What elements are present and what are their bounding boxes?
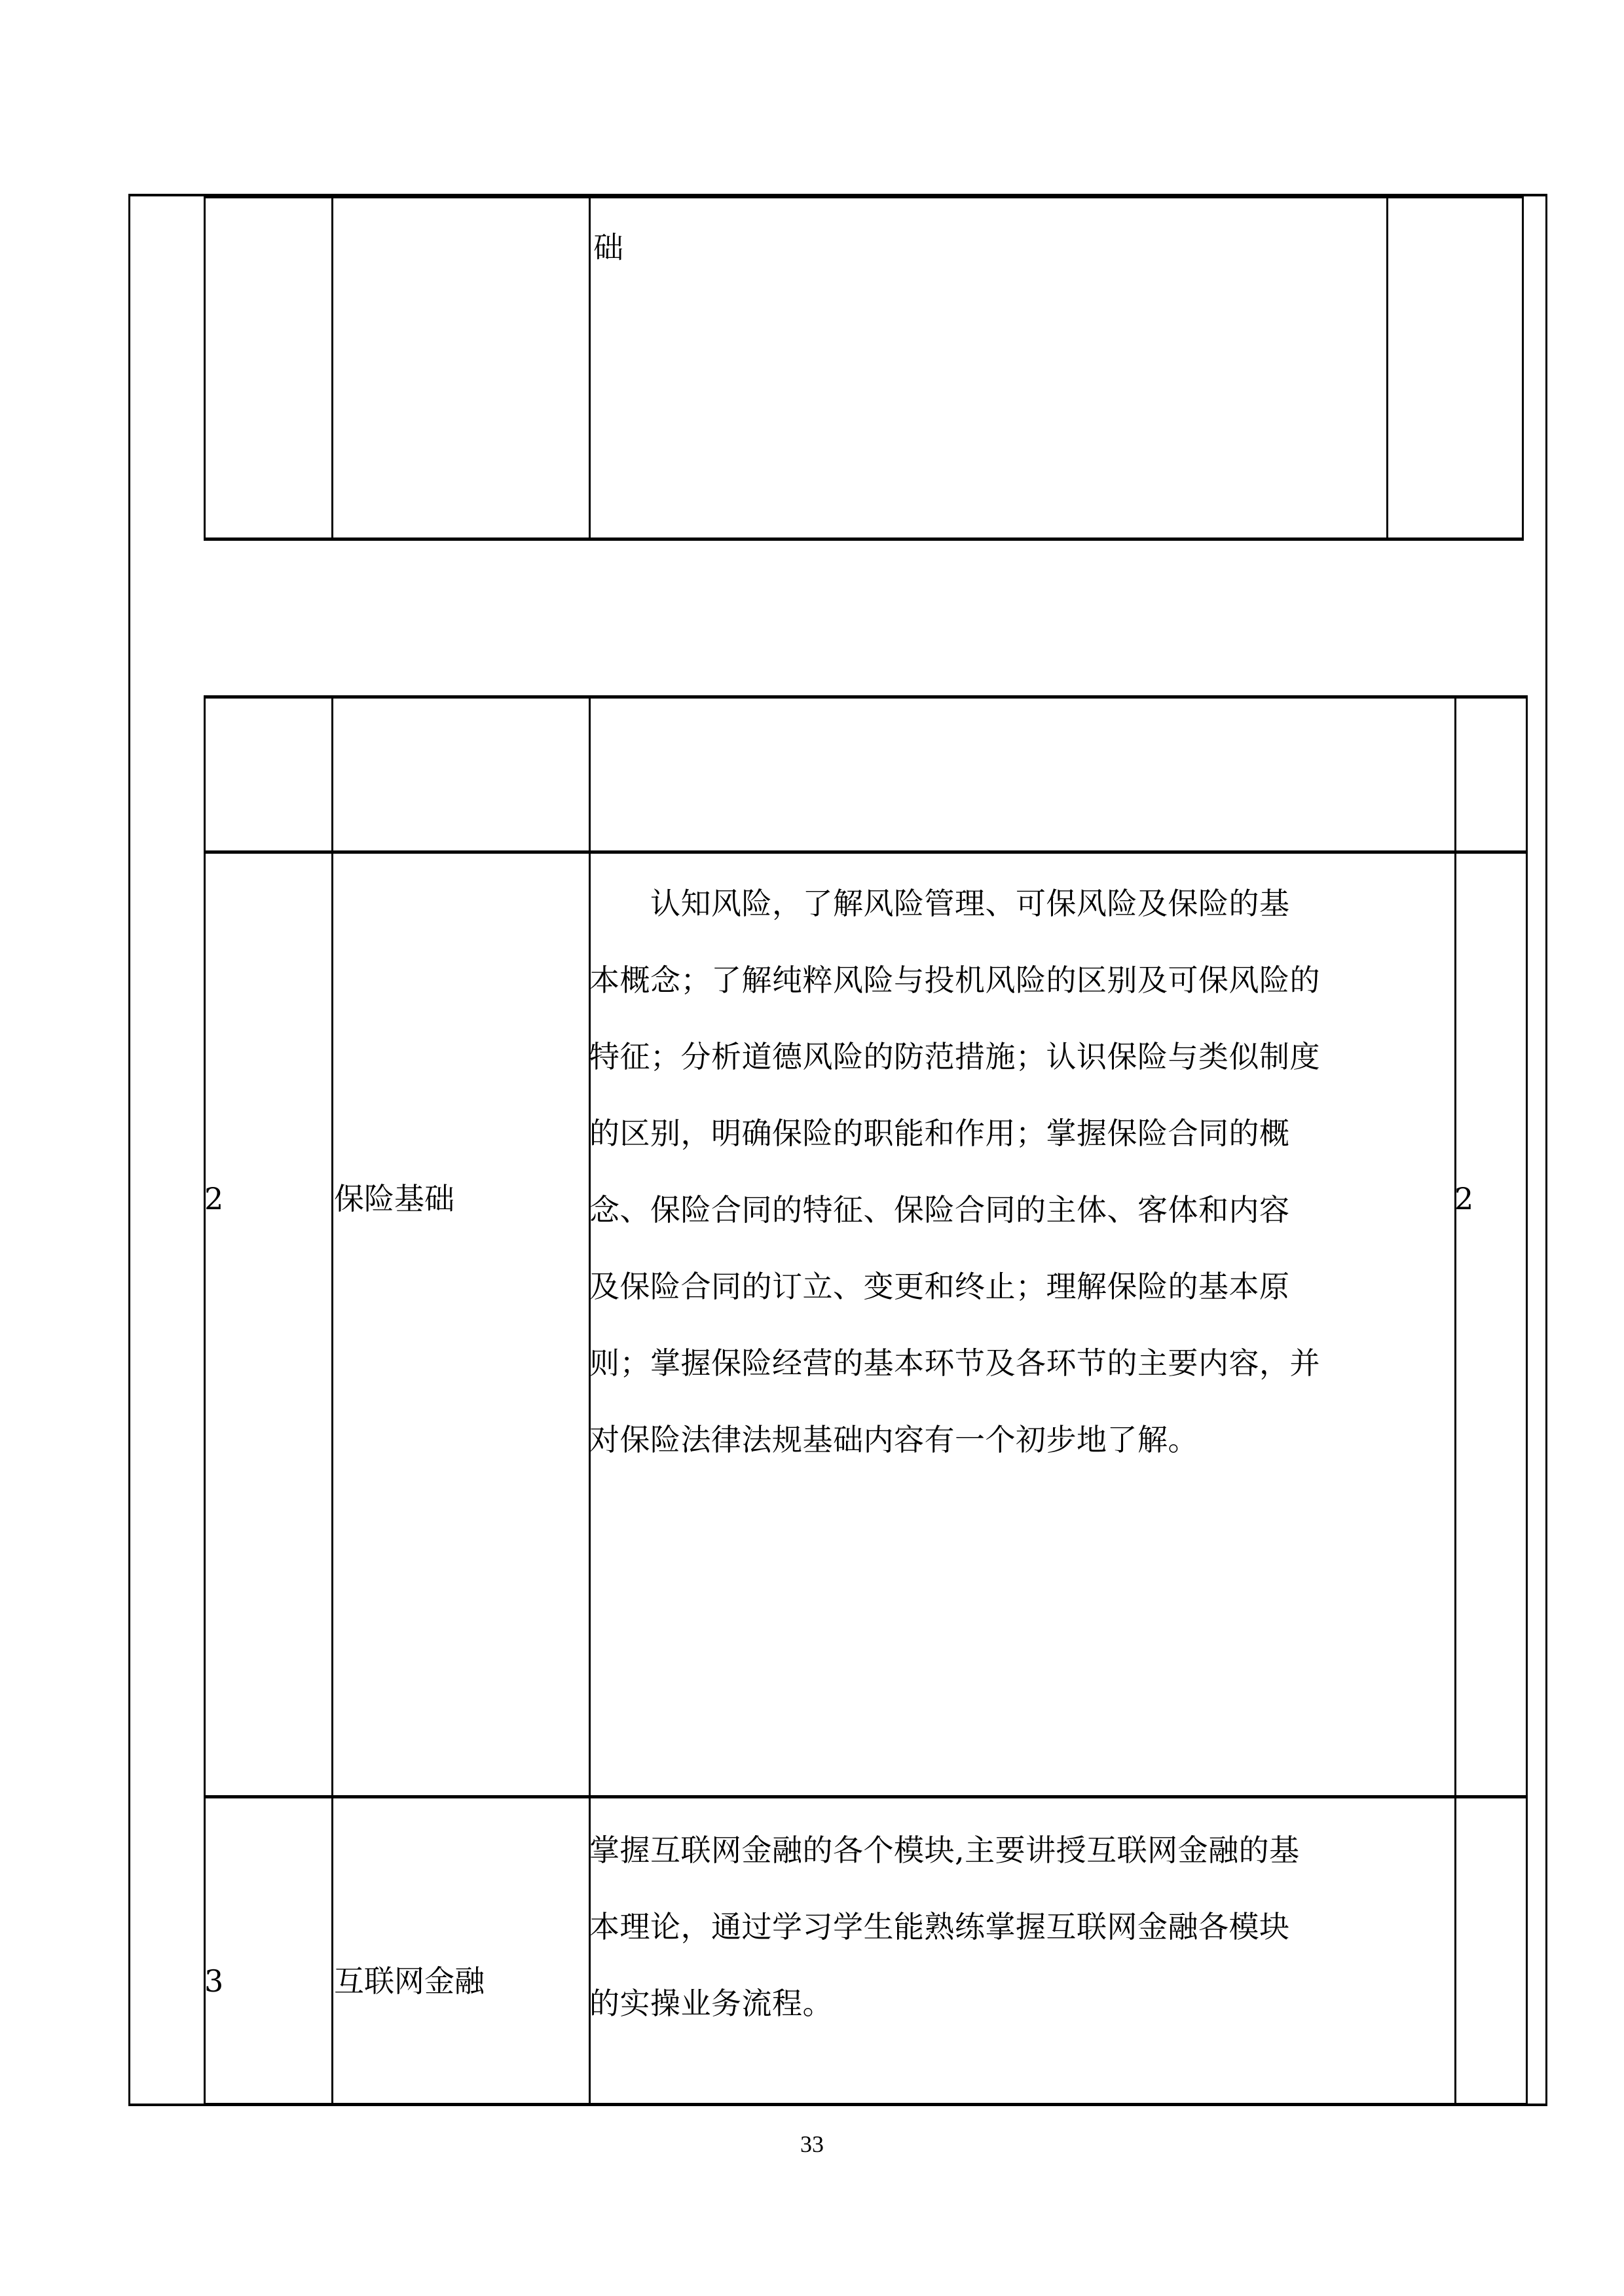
description-line: 念、保险合同的特征、保险合同的主体、客体和内容 (589, 1172, 1320, 1248)
row-number: 2 (204, 1184, 223, 1214)
upper-table-col-divider (331, 195, 333, 541)
lower-table-top-border (204, 695, 1528, 699)
lower-table-col-divider (1454, 695, 1456, 2106)
course-description: 认知风险，了解风险管理、可保风险及保险的基 本概念；了解纯粹风险与投机风险的区别… (589, 866, 1320, 1478)
description-line: 掌握互联网金融的各个模块,主要讲授互联网金融的基 (589, 1812, 1300, 1889)
lower-table-bottom-border (204, 2103, 1528, 2106)
description-line: 则；掌握保险经营的基本环节及各环节的主要内容，并 (589, 1325, 1320, 1402)
upper-table-bottom-border (204, 538, 1524, 541)
upper-table-top-border (204, 195, 1524, 198)
description-line: 础 (593, 210, 624, 286)
description-line: 特征；分析道德风险的防范措施；认识保险与类似制度 (589, 1019, 1320, 1095)
lower-table-right-border (1526, 695, 1528, 2106)
upper-table-left-border (204, 195, 206, 541)
description-line: 认知风险，了解风险管理、可保风险及保险的基 (589, 866, 1320, 942)
course-description: 掌握互联网金融的各个模块,主要讲授互联网金融的基 本理论，通过学习学生能熟练掌握… (589, 1812, 1300, 2042)
course-name: 互联网金融 (334, 1966, 485, 1996)
upper-row-description: 础 (593, 210, 624, 286)
lower-table-row-divider (204, 850, 1528, 854)
upper-table-col-divider (589, 195, 591, 541)
description-line: 对保险法律法规基础内容有一个初步地了解。 (589, 1402, 1320, 1478)
upper-table-right-border (1522, 195, 1524, 541)
description-line: 本概念；了解纯粹风险与投机风险的区别及可保风险的 (589, 942, 1320, 1019)
description-line: 及保险合同的订立、变更和终止；理解保险的基本原 (589, 1248, 1320, 1325)
upper-table-col-divider (1386, 195, 1388, 541)
description-line: 的实操业务流程。 (589, 1965, 1300, 2042)
lower-table-left-border (204, 695, 206, 2106)
course-name: 保险基础 (334, 1184, 454, 1214)
description-line: 本理论，通过学习学生能熟练掌握互联网金融各模块 (589, 1889, 1300, 1965)
page-number: 33 (0, 2130, 1624, 2158)
course-hours: 2 (1454, 1184, 1473, 1214)
lower-table-row-divider (204, 1795, 1528, 1798)
description-line: 的区别，明确保险的职能和作用；掌握保险合同的概 (589, 1095, 1320, 1172)
row-number: 3 (204, 1966, 223, 1996)
lower-table-col-divider (331, 695, 333, 2106)
